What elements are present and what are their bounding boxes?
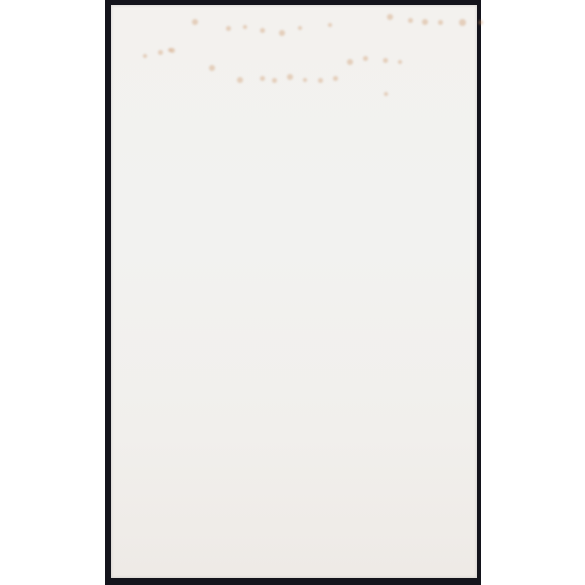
foxing-spot: [478, 20, 483, 25]
foxing-spot: [328, 23, 332, 27]
foxing-spot: [192, 19, 198, 25]
foxing-spot: [260, 76, 265, 81]
foxing-spot: [333, 76, 338, 81]
foxing-spot: [298, 26, 302, 30]
blank-card: [111, 5, 477, 578]
foxing-spot: [158, 50, 163, 55]
foxing-spot: [398, 60, 402, 64]
foxing-spot: [387, 14, 393, 20]
foxing-spot: [363, 56, 368, 61]
foxing-spot: [237, 77, 243, 83]
foxing-spot: [422, 19, 428, 25]
foxing-spot: [279, 30, 285, 36]
foxing-spot: [243, 25, 247, 29]
foxing-spot: [459, 19, 466, 26]
foxing-spot: [383, 58, 388, 63]
foxing-spot: [287, 74, 293, 80]
foxing-spot: [408, 18, 413, 23]
foxing-spot: [384, 92, 388, 96]
foxing-spot: [209, 65, 215, 71]
foxing-spot: [272, 78, 277, 83]
foxing-spot: [347, 59, 353, 65]
foxing-spot: [303, 78, 307, 82]
foxing-spot: [143, 54, 147, 58]
foxing-spot: [260, 28, 265, 33]
foxing-spot: [168, 48, 172, 52]
foxing-spot: [318, 78, 323, 83]
foxing-spot: [438, 20, 443, 25]
foxing-spot: [226, 26, 231, 31]
